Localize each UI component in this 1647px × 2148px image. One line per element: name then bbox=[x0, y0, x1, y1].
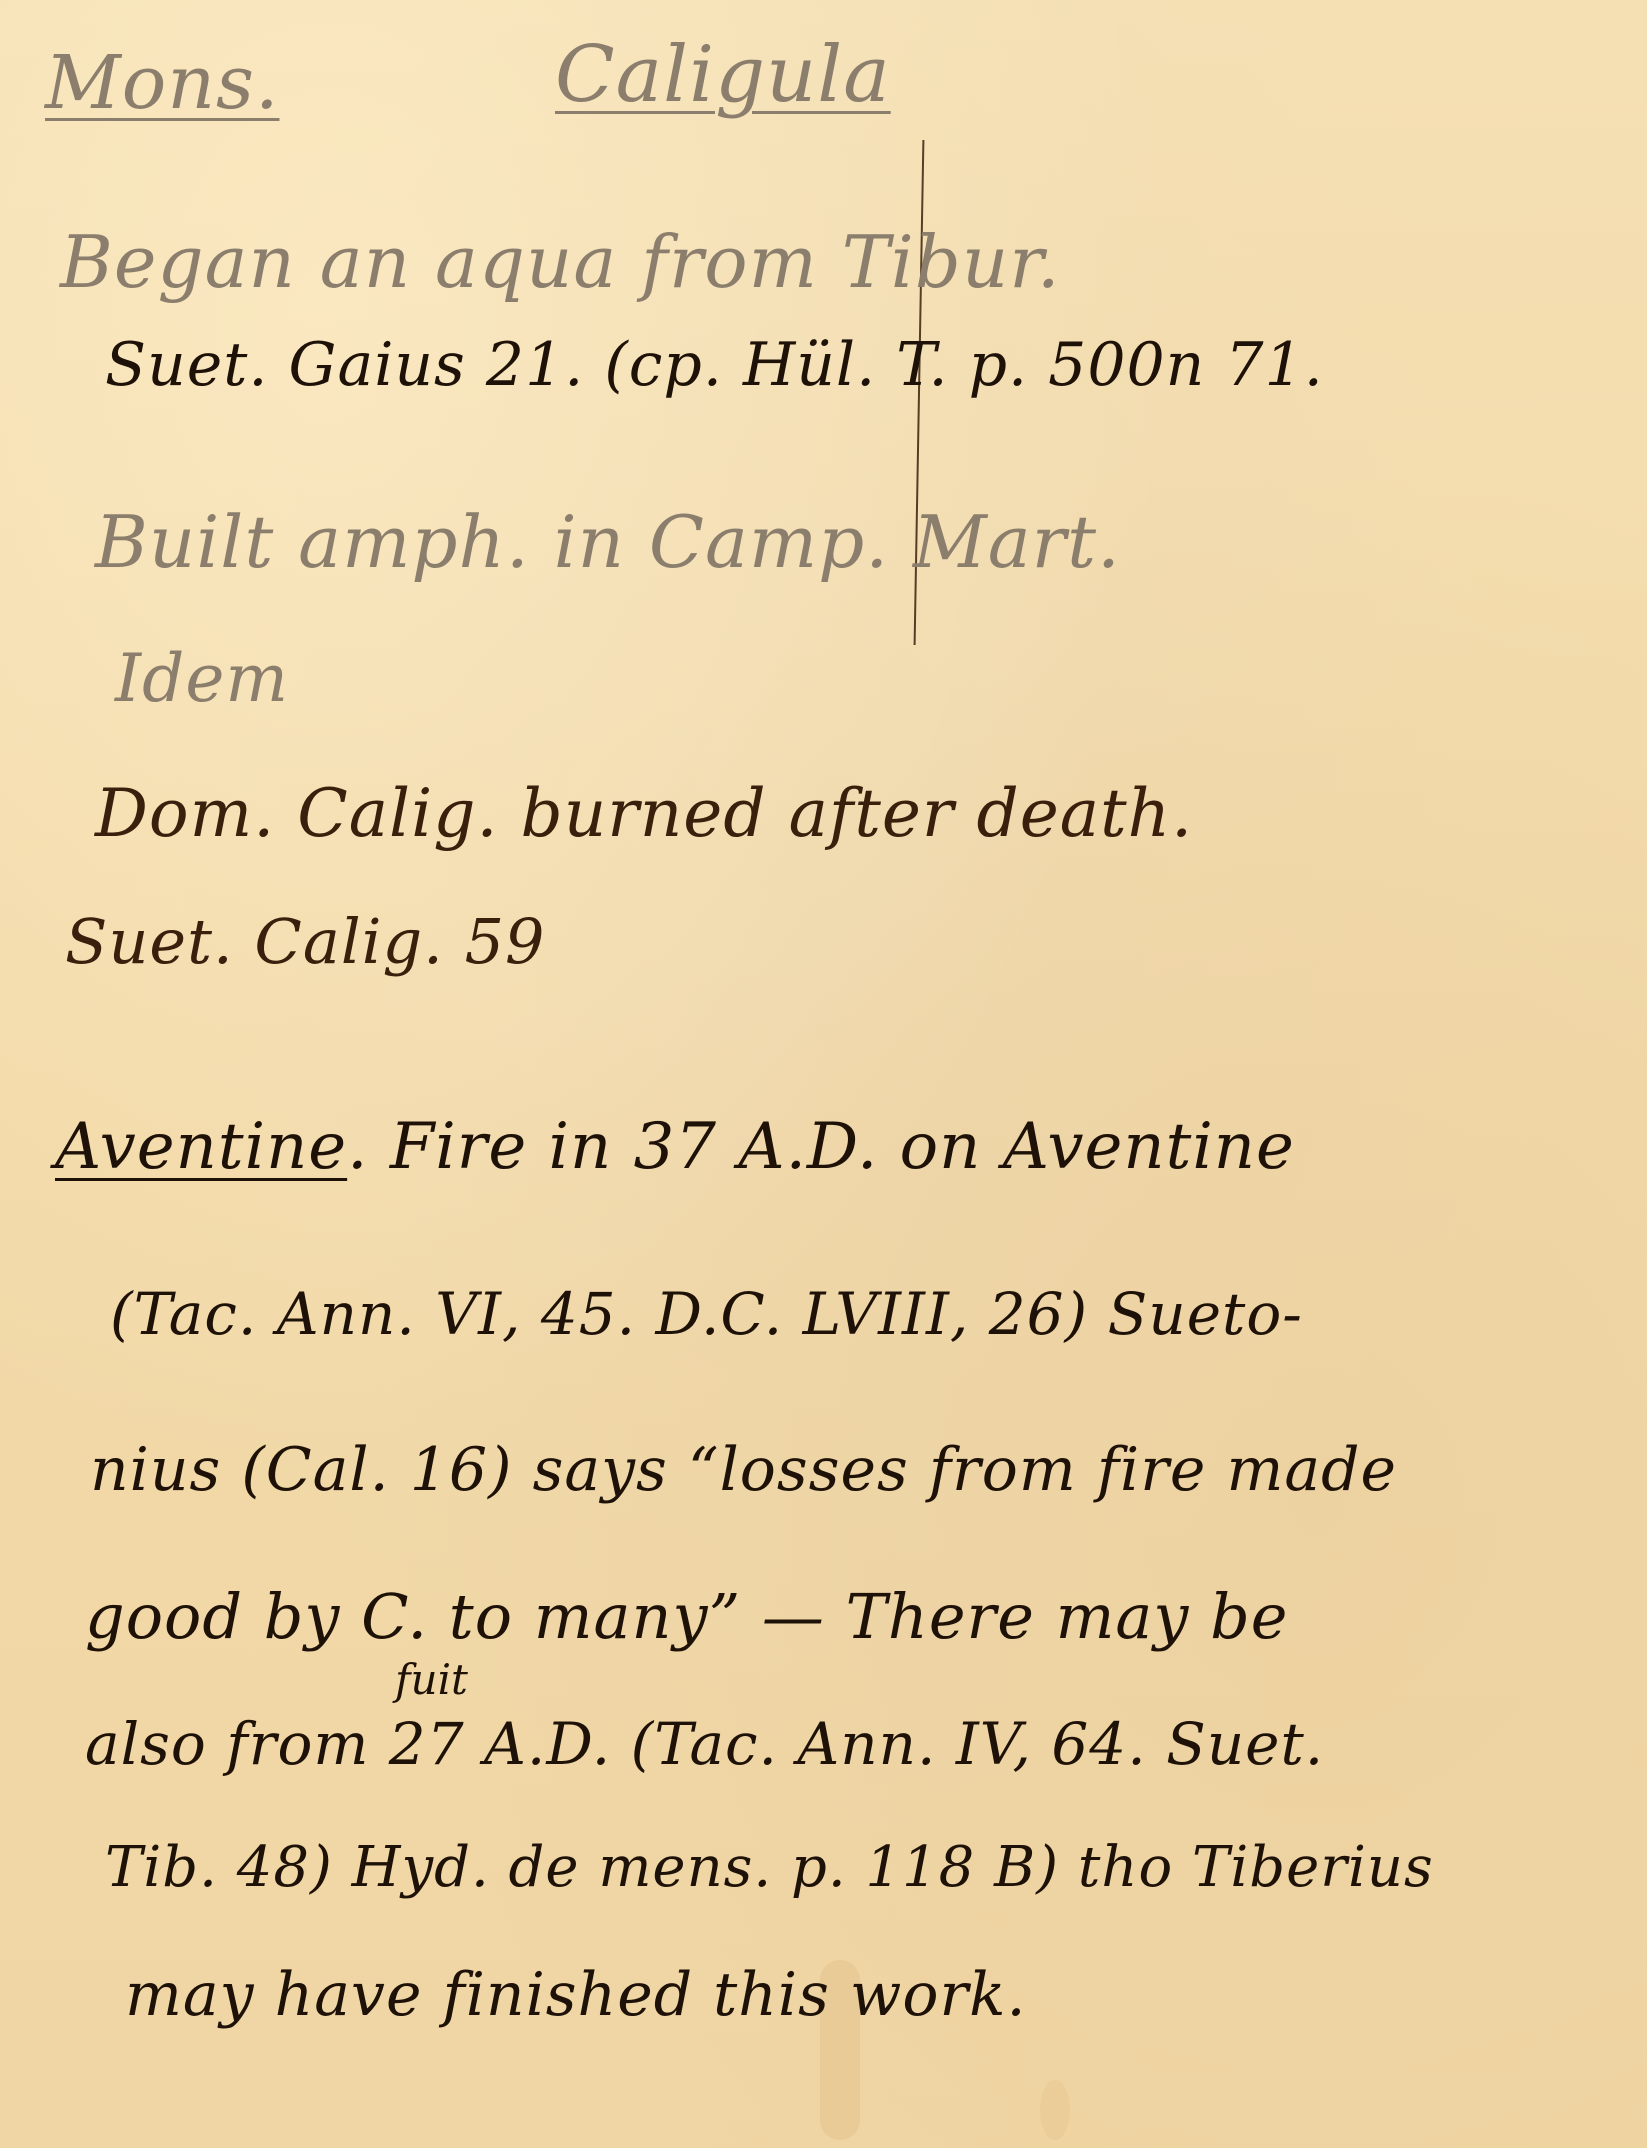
heading-subject: Caligula bbox=[555, 30, 891, 120]
aventine-line-4: good by C. to many” — There may be bbox=[85, 1580, 1288, 1653]
entry-domus: Dom. Calig. burned after death. bbox=[95, 775, 1193, 852]
note-card: Mons. Caligula Began an aqua from Tibur.… bbox=[0, 0, 1647, 2148]
interlinear-insert: fuit bbox=[395, 1655, 468, 1704]
aventine-line-5: also from 27 A.D. (Tac. Ann. IV, 64. Sue… bbox=[85, 1710, 1324, 1778]
entry-domus-reference: Suet. Calig. 59 bbox=[65, 905, 545, 978]
entry-amphitheatre: Built amph. in Camp. Mart. bbox=[95, 500, 1121, 584]
aventine-line-3: nius (Cal. 16) says “losses from fire ma… bbox=[90, 1435, 1397, 1505]
aventine-line-1: . Fire in 37 A.D. on Aventine bbox=[347, 1110, 1295, 1184]
paper-stain bbox=[1040, 2080, 1070, 2140]
entry-amphitheatre-reference: Idem bbox=[115, 640, 289, 717]
entry-aqua: Began an aqua from Tibur. bbox=[60, 220, 1061, 304]
aventine-line-7: may have finished this work. bbox=[125, 1960, 1027, 2030]
heading-label: Mons. bbox=[45, 40, 279, 126]
aventine-line-6: Tib. 48) Hyd. de mens. p. 118 B) tho Tib… bbox=[105, 1835, 1434, 1900]
aventine-first-line: Aventine. Fire in 37 A.D. on Aventine bbox=[55, 1110, 1295, 1184]
aventine-line-2: (Tac. Ann. VI, 45. D.C. LVIII, 26) Sueto… bbox=[110, 1280, 1303, 1348]
aventine-label: Aventine bbox=[55, 1110, 347, 1184]
entry-aqua-reference: Suet. Gaius 21. (cp. Hül. T. p. 500n 71. bbox=[105, 330, 1324, 400]
